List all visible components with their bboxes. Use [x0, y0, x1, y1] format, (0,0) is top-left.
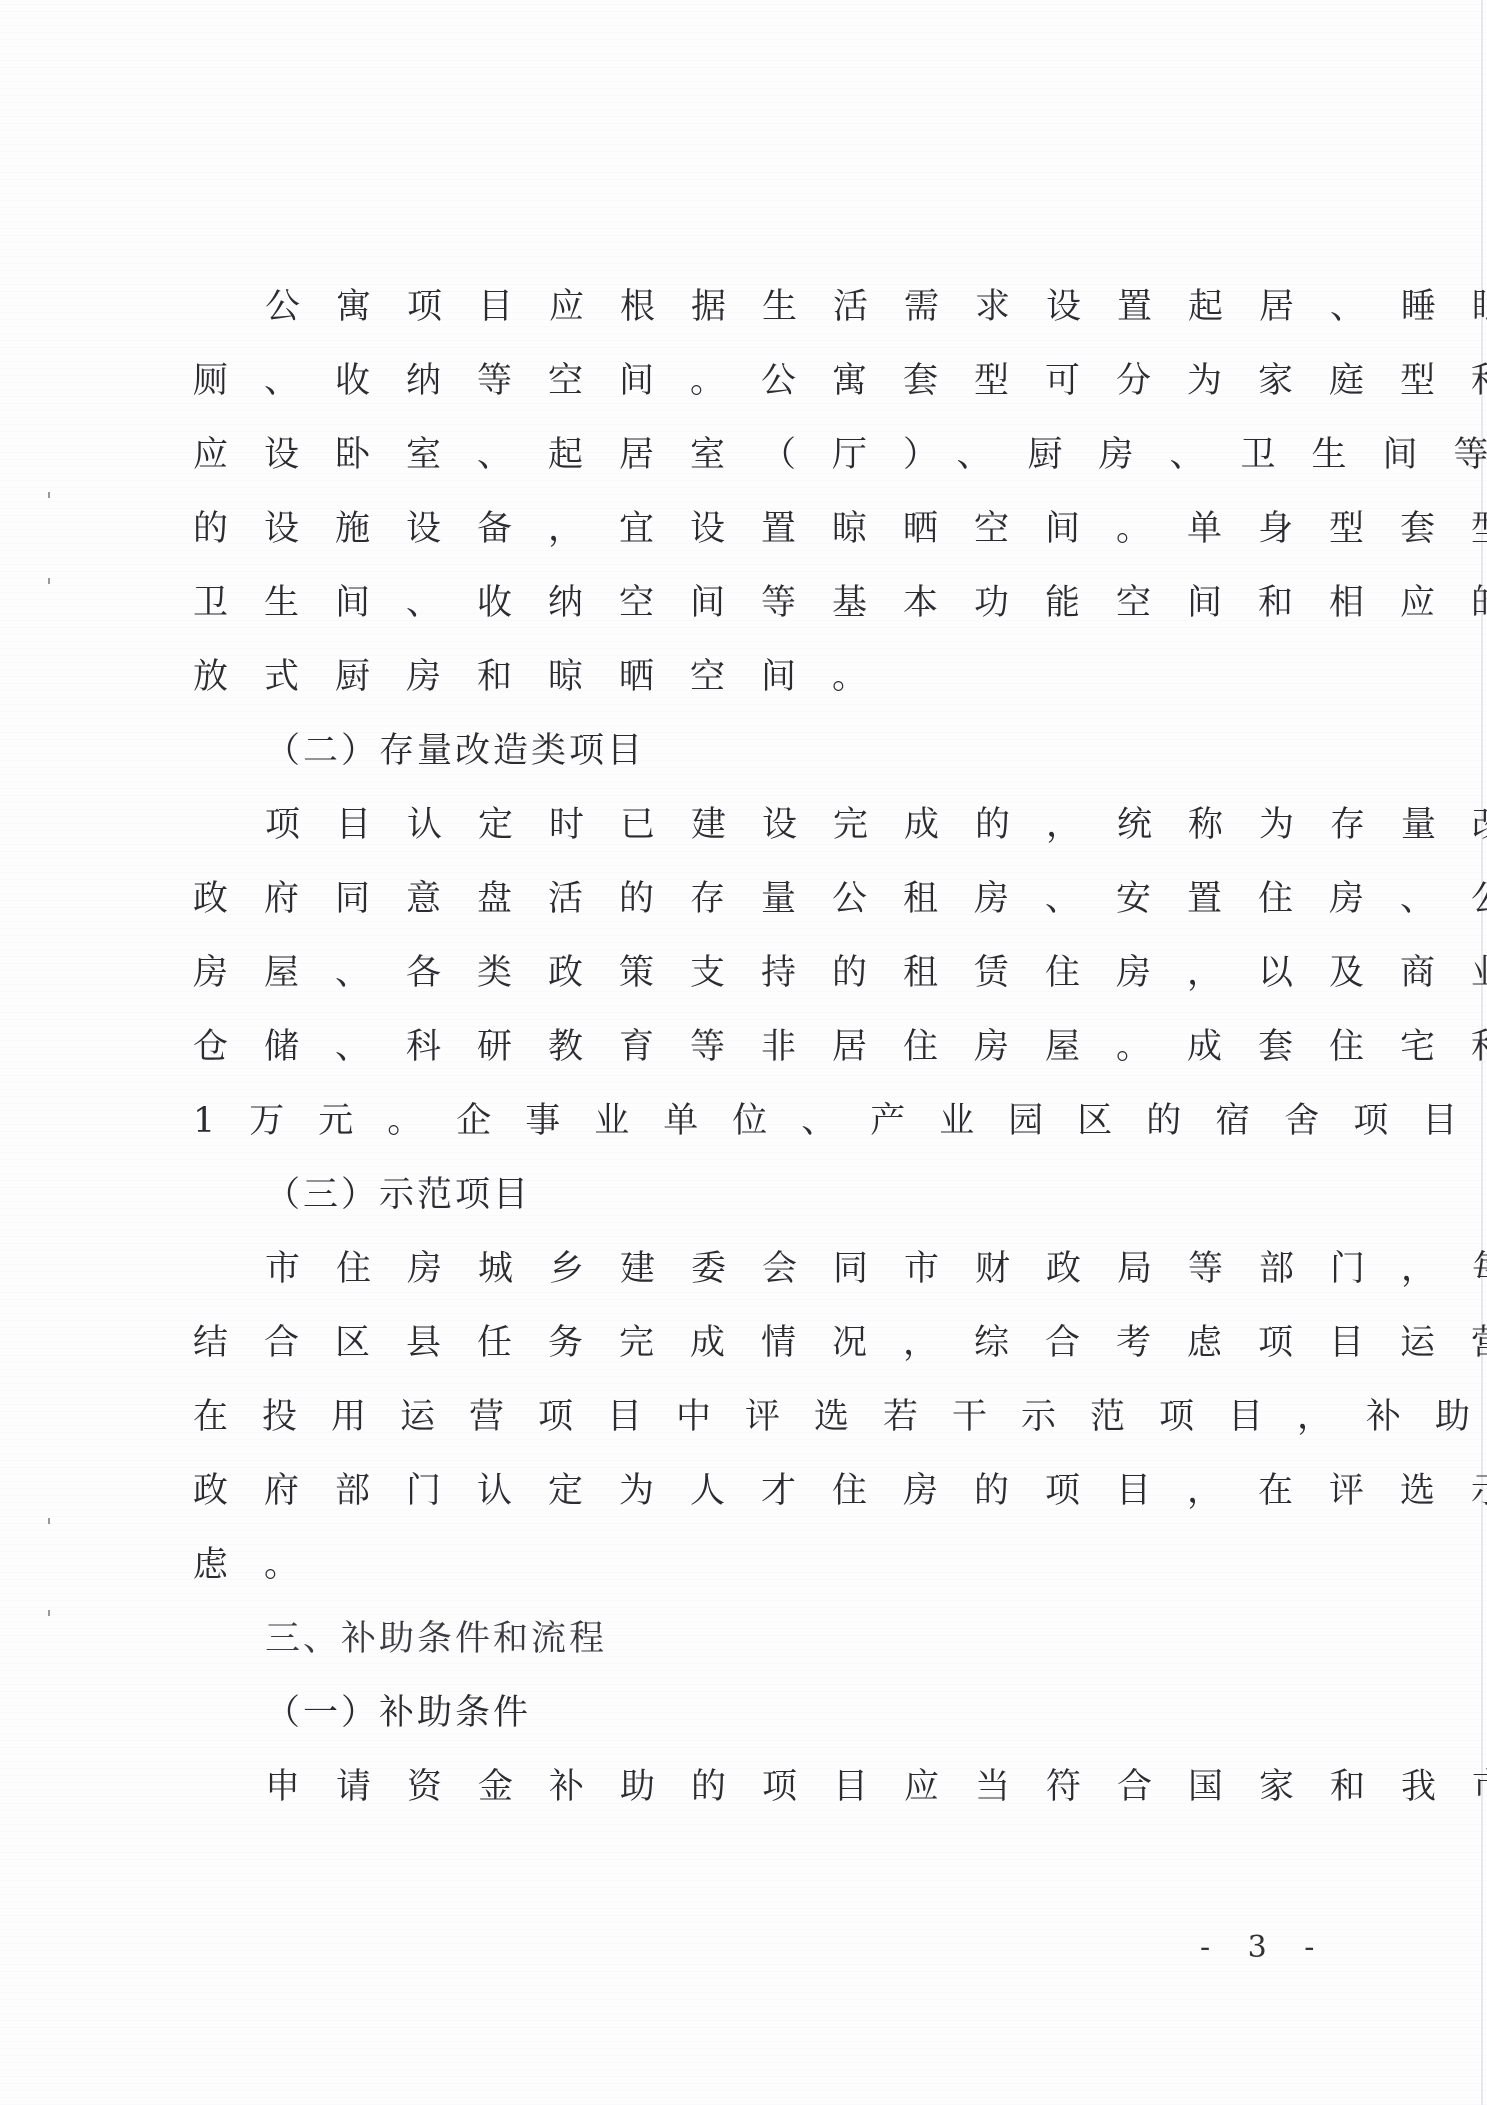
margin-mark [48, 492, 50, 498]
document-body: 公寓项目应根据生活需求设置起居、睡眠、烹饪、盥洗、如 厕、收纳等空间。公寓套型可… [193, 270, 1285, 1824]
paragraph-line: 卫生间、收纳空间等基本功能空间和相应的设施设备，宜设置开 [193, 566, 1285, 640]
paragraph-line: 厕、收纳等空间。公寓套型可分为家庭型和单身型。家庭型套型 [193, 344, 1285, 418]
paragraph-line: 1万元。企事业单位、产业园区的宿舍项目，每间补助0.5万元。 [193, 1084, 1285, 1158]
paragraph-line: 放式厨房和晾晒空间。 [193, 640, 1285, 714]
paragraph-line: 应设卧室、起居室（厅）、厨房、卫生间等基本功能空间和相应 [193, 418, 1285, 492]
paragraph-line: 虑。 [193, 1528, 1285, 1602]
margin-mark [48, 1610, 50, 1616]
section-heading-text: 三、补助条件和流程 [265, 1619, 607, 1659]
paragraph-line: 项目认定时已建设完成的，统称为存量改造项目，包括经市 [193, 788, 1285, 862]
subsection-heading-text: （一）补助条件 [265, 1693, 531, 1733]
margin-mark [48, 578, 50, 584]
page-number: - 3 - [1200, 1930, 1328, 1965]
paragraph-line: 申请资金补助的项目应当符合国家和我市保障性租赁住房 [193, 1750, 1285, 1824]
subsection-heading-text: （二）存量改造类项目 [265, 731, 645, 771]
paragraph-line: 仓储、科研教育等非居住房屋。成套住宅和公寓项目，每套补助 [193, 1010, 1285, 1084]
margin-mark [48, 1518, 50, 1524]
paragraph-line: 市住房城乡建委会同市财政局等部门，每年按照资金总额， [193, 1232, 1285, 1306]
paragraph-line: 公寓项目应根据生活需求设置起居、睡眠、烹饪、盥洗、如 [193, 270, 1285, 344]
paragraph-line: 的设施设备，宜设置晾晒空间。单身型套型应有兼起居的卧室、 [193, 492, 1285, 566]
subsection-heading-text: （三）示范项目 [265, 1175, 531, 1215]
paragraph-line: 政府同意盘活的存量公租房、安置住房、公有住房、企事业单位 [193, 862, 1285, 936]
paragraph-line: 在投用运营项目中评选若干示范项目，补助标准上浮 30%。经 [193, 1380, 1285, 1454]
subsection-heading: （三）示范项目 [193, 1158, 1285, 1232]
subsection-heading: （一）补助条件 [193, 1676, 1285, 1750]
paragraph-line: 结合区县任务完成情况，综合考虑项目运营、社会效益等因素， [193, 1306, 1285, 1380]
document-page: 公寓项目应根据生活需求设置起居、睡眠、烹饪、盥洗、如 厕、收纳等空间。公寓套型可… [0, 0, 1487, 2105]
paragraph-line: 政府部门认定为人才住房的项目，在评选示范项目时予以优先考 [193, 1454, 1285, 1528]
section-heading: 三、补助条件和流程 [193, 1602, 1285, 1676]
subsection-heading: （二）存量改造类项目 [193, 714, 1285, 788]
paragraph-line: 房屋、各类政策支持的租赁住房，以及商业、办公、旅馆、厂房、 [193, 936, 1285, 1010]
